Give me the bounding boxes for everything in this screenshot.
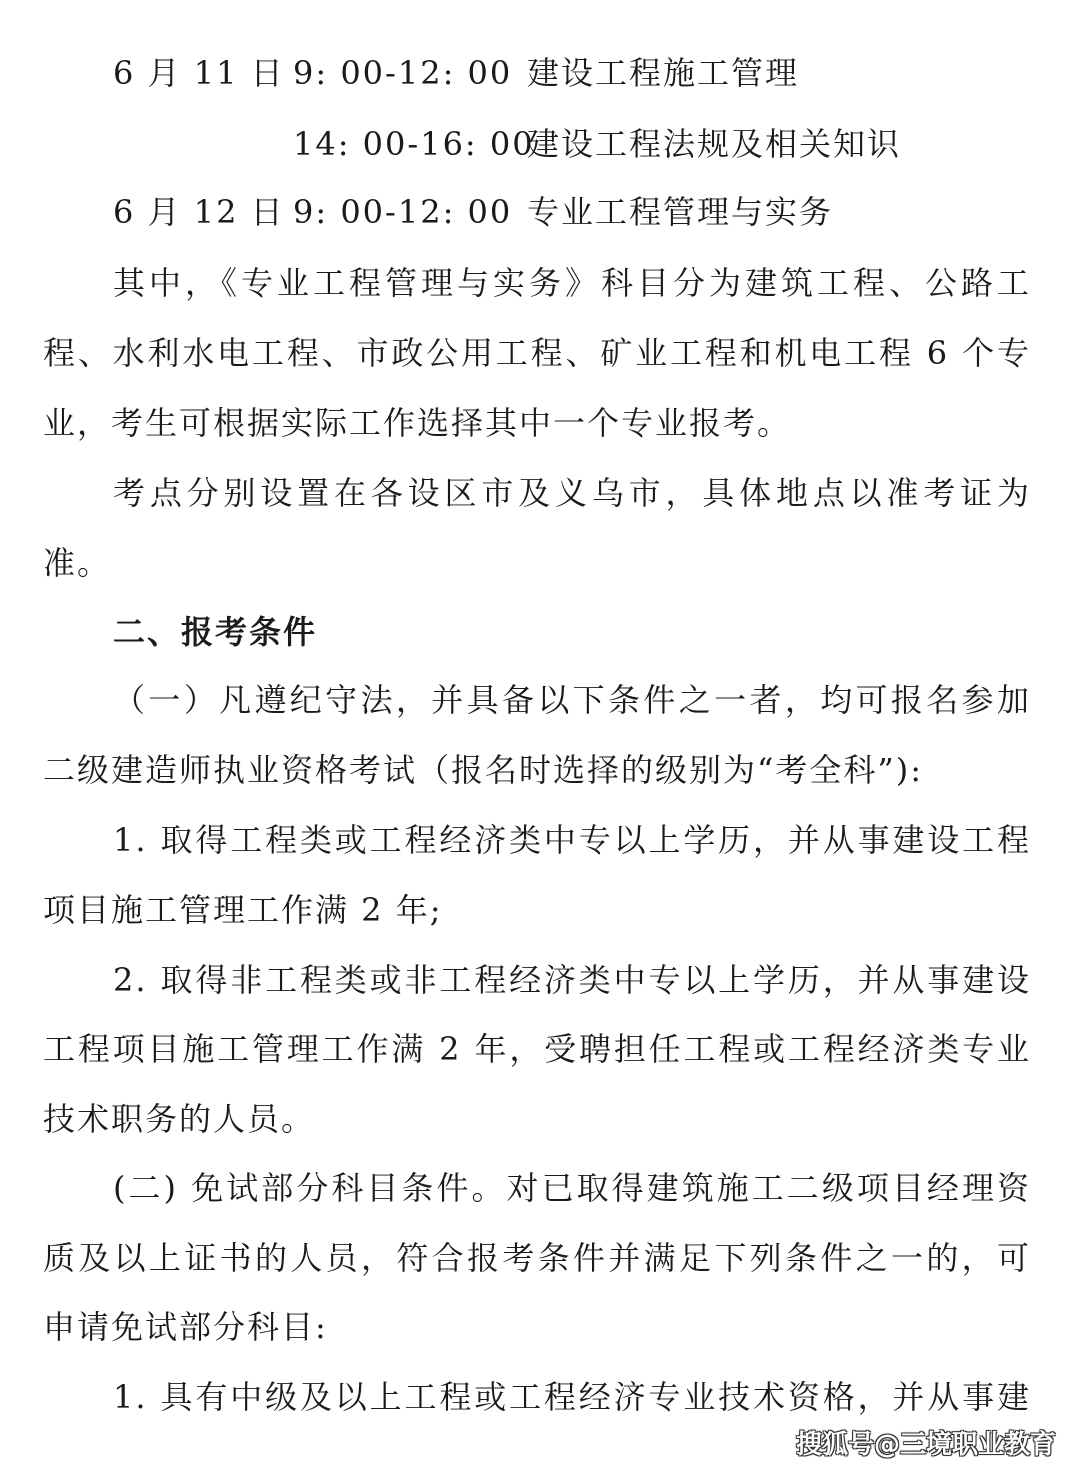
paragraph-text: 程、水利水电工程、市政公用工程、矿业工程和机电工程 6 个专 [43,333,1031,373]
schedule-subject-3: 专业工程管理与实务 [527,192,833,232]
schedule-time-2: 14: 00-16: 00 [293,124,535,164]
paragraph-text: （一）凡遵纪守法，并具备以下条件之一者，均可报名参加 [113,680,1031,720]
watermark: 搜狐号@三境职业教育 [796,1424,1056,1461]
paragraph-text: 2. 取得非工程类或非工程经济类中专以上学历，并从事建设 [113,960,1031,1000]
paragraph-text: 二级建造师执业资格考试（报名时选择的级别为“考全科”): [43,750,1031,790]
paragraph-text: 其中，《专业工程管理与实务》科目分为建筑工程、公路工 [113,263,1031,303]
section-heading: 二、报考条件 [113,612,317,652]
schedule-date-3: 6 月 12 日 [113,192,285,232]
paragraph-text: 业，考生可根据实际工作选择其中一个专业报考。 [43,403,1031,443]
paragraph-text: 工程项目施工管理工作满 2 年，受聘担任工程或工程经济类专业 [43,1029,1031,1069]
paragraph-text: (二) 免试部分科目条件。对已取得建筑施工二级项目经理资 [113,1168,1031,1208]
schedule-subject-2: 建设工程法规及相关知识 [527,124,901,164]
schedule-subject-1: 建设工程施工管理 [527,53,799,93]
paragraph-text: 项目施工管理工作满 2 年; [43,890,1031,930]
paragraph-text: 质及以上证书的人员，符合报考条件并满足下列条件之一的，可 [43,1238,1031,1278]
schedule-date-1: 6 月 11 日 [113,53,285,93]
paragraph-text: 技术职务的人员。 [43,1099,1031,1139]
paragraph-text: 1. 取得工程类或工程经济类中专以上学历，并从事建设工程 [113,820,1031,860]
paragraph-text: 1. 具有中级及以上工程或工程经济专业技术资格，并从事建 [113,1377,1031,1417]
schedule-time-1: 9: 00-12: 00 [293,53,512,93]
paragraph-text: 申请免试部分科目: [43,1307,1031,1347]
paragraph-text: 准。 [43,543,1031,583]
paragraph-text: 考点分别设置在各设区市及义乌市，具体地点以准考证为 [113,473,1031,513]
schedule-time-3: 9: 00-12: 00 [293,192,512,232]
